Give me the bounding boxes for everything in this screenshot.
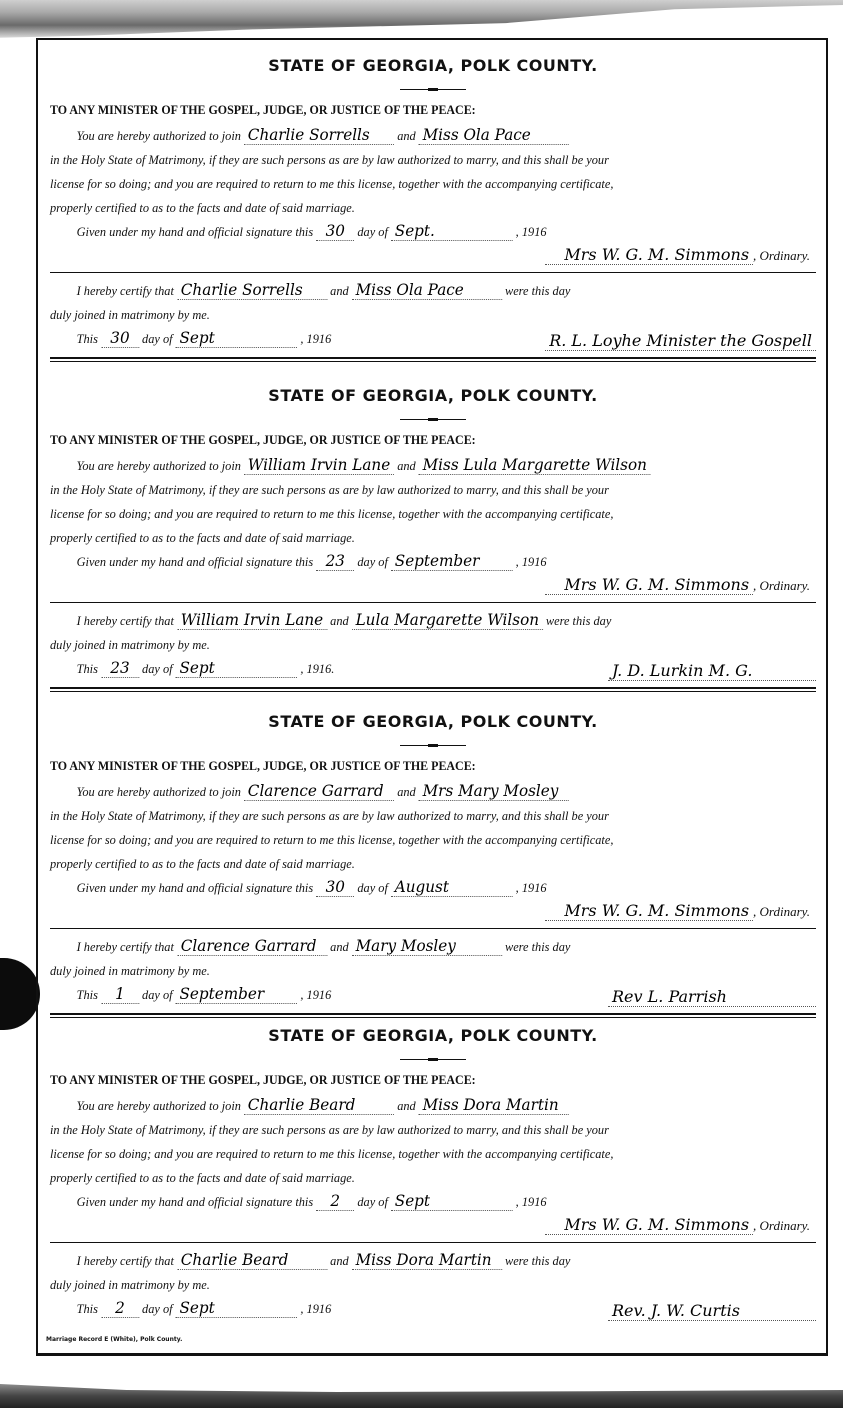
cert-year: 1916 [307,1301,332,1316]
joined-line: duly joined in matrimony by me. [50,959,778,983]
ornament-divider [400,419,466,420]
license-day: 2 [316,1192,354,1211]
license-year: 1916 [522,880,547,895]
scan-blot [0,958,40,1030]
officiant-signature: Rev L. Parrish [608,988,816,1007]
certify-line: I hereby certify that Clarence Garrard a… [50,935,778,959]
body-line-3: properly certified to as to the facts an… [50,526,778,550]
divider [50,272,816,273]
cert-date: This 1 day of September , 1916 [50,983,331,1007]
ornament-divider [400,745,466,746]
ordinary-signature: Mrs W. G. M. Simmons [545,576,753,595]
cert-day: 30 [101,329,139,348]
divider [50,602,816,603]
state-title: STATE OF GEORGIA, POLK COUNTY. [50,1010,816,1045]
ordinary-signature: Mrs W. G. M. Simmons [545,1216,753,1235]
bride-name: Miss Lula Margarette Wilson [419,456,651,475]
body-line-1: in the Holy State of Matrimony, if they … [50,478,778,502]
body-line-1: in the Holy State of Matrimony, if they … [50,148,778,172]
groom-name: William Irvin Lane [244,456,394,475]
ordinary-line: Mrs W. G. M. Simmons, Ordinary. [50,244,816,268]
license-year: 1916 [522,554,547,569]
license-year: 1916 [522,1194,547,1209]
certify-line: I hereby certify that Charlie Beard and … [50,1249,778,1273]
body-line-2: license for so doing; and you are requir… [50,502,778,526]
license-month: Sept [391,1192,513,1211]
body-line-1: in the Holy State of Matrimony, if they … [50,804,778,828]
officiant-signature: J. D. Lurkin M. G. [608,662,816,681]
given-line: Given under my hand and official signatu… [50,876,778,900]
body-line-3: properly certified to as to the facts an… [50,196,778,220]
marriage-record-2: STATE OF GEORGIA, POLK COUNTY. TO ANY MI… [50,370,816,692]
divider [50,928,816,929]
officiant-signature: Rev. J. W. Curtis [608,1302,816,1321]
cert-bride-name: Miss Dora Martin [352,1251,502,1270]
cert-date-row: This 23 day of Sept , 1916. J. D. Lurkin… [50,657,816,681]
marriage-record-4: STATE OF GEORGIA, POLK COUNTY. TO ANY MI… [50,1010,816,1321]
joined-line: duly joined in matrimony by me. [50,303,778,327]
groom-name: Clarence Garrard [244,782,394,801]
cert-year: 1916 [307,331,332,346]
bride-name: Mrs Mary Mosley [419,782,569,801]
license-month: Sept. [391,222,513,241]
bride-name: Miss Ola Pace [419,126,569,145]
cert-bride-name: Mary Mosley [352,937,502,956]
cert-month: Sept [176,1299,298,1318]
cert-date: This 23 day of Sept , 1916. [50,657,334,681]
joined-line: duly joined in matrimony by me. [50,633,778,657]
footer-note: Marriage Record E (White), Polk County. [46,1336,182,1343]
ordinary-line: Mrs W. G. M. Simmons, Ordinary. [50,900,816,924]
groom-name: Charlie Beard [244,1096,394,1115]
authorize-line: You are hereby authorized to join Charli… [50,124,778,148]
cert-month: September [176,985,298,1004]
cert-year: 1916 [307,987,332,1002]
state-title: STATE OF GEORGIA, POLK COUNTY. [50,370,816,405]
marriage-record-3: STATE OF GEORGIA, POLK COUNTY. TO ANY MI… [50,696,816,1018]
marriage-record-1: STATE OF GEORGIA, POLK COUNTY. TO ANY MI… [50,40,816,362]
cert-bride-name: Miss Ola Pace [352,281,502,300]
authorize-line: You are hereby authorized to join Willia… [50,454,778,478]
groom-name: Charlie Sorrells [244,126,394,145]
record-separator [50,687,816,692]
body-line-2: license for so doing; and you are requir… [50,828,778,852]
cert-month: Sept [176,659,298,678]
license-month: September [391,552,513,571]
ordinary-signature: Mrs W. G. M. Simmons [545,902,753,921]
cert-day: 2 [101,1299,139,1318]
cert-date-row: This 2 day of Sept , 1916 Rev. J. W. Cur… [50,1297,816,1321]
license-day: 30 [316,222,354,241]
cert-date: This 2 day of Sept , 1916 [50,1297,331,1321]
license-month: August [391,878,513,897]
cert-date: This 30 day of Sept , 1916 [50,327,331,351]
cert-year: 1916. [307,661,335,676]
state-title: STATE OF GEORGIA, POLK COUNTY. [50,696,816,731]
cert-month: Sept [176,329,298,348]
cert-day: 23 [101,659,139,678]
scan-edge-bottom [0,1368,843,1408]
cert-bride-name: Lula Margarette Wilson [352,611,543,630]
cert-date-row: This 30 day of Sept , 1916 R. L. Loyhe M… [50,327,816,351]
addressee: TO ANY MINISTER OF THE GOSPEL, JUDGE, OR… [50,102,755,118]
cert-day: 1 [101,985,139,1004]
cert-groom-name: William Irvin Lane [177,611,327,630]
given-line: Given under my hand and official signatu… [50,1190,778,1214]
bride-name: Miss Dora Martin [419,1096,569,1115]
state-title: STATE OF GEORGIA, POLK COUNTY. [50,40,816,75]
license-year: 1916 [522,224,547,239]
addressee: TO ANY MINISTER OF THE GOSPEL, JUDGE, OR… [50,758,755,774]
joined-line: duly joined in matrimony by me. [50,1273,778,1297]
ornament-divider [400,89,466,90]
cert-date-row: This 1 day of September , 1916 Rev L. Pa… [50,983,816,1007]
given-line: Given under my hand and official signatu… [50,220,778,244]
marriage-record-page: STATE OF GEORGIA, POLK COUNTY. TO ANY MI… [36,38,828,1356]
authorize-line: You are hereby authorized to join Charli… [50,1094,778,1118]
cert-groom-name: Charlie Sorrells [177,281,327,300]
cert-groom-name: Clarence Garrard [177,937,327,956]
cert-groom-name: Charlie Beard [177,1251,327,1270]
license-day: 30 [316,878,354,897]
body-line-2: license for so doing; and you are requir… [50,1142,778,1166]
ordinary-line: Mrs W. G. M. Simmons, Ordinary. [50,1214,816,1238]
addressee: TO ANY MINISTER OF THE GOSPEL, JUDGE, OR… [50,432,755,448]
authorize-line: You are hereby authorized to join Claren… [50,780,778,804]
ordinary-line: Mrs W. G. M. Simmons, Ordinary. [50,574,816,598]
given-line: Given under my hand and official signatu… [50,550,778,574]
officiant-signature: R. L. Loyhe Minister the Gospell [545,332,816,351]
body-line-1: in the Holy State of Matrimony, if they … [50,1118,778,1142]
body-line-3: properly certified to as to the facts an… [50,852,778,876]
scan-edge-top [0,0,843,42]
addressee: TO ANY MINISTER OF THE GOSPEL, JUDGE, OR… [50,1072,755,1088]
certify-line: I hereby certify that Charlie Sorrells a… [50,279,778,303]
body-line-2: license for so doing; and you are requir… [50,172,778,196]
certify-line: I hereby certify that William Irvin Lane… [50,609,778,633]
body-line-3: properly certified to as to the facts an… [50,1166,778,1190]
ordinary-signature: Mrs W. G. M. Simmons [545,246,753,265]
license-day: 23 [316,552,354,571]
record-separator [50,357,816,362]
divider [50,1242,816,1243]
ornament-divider [400,1059,466,1060]
